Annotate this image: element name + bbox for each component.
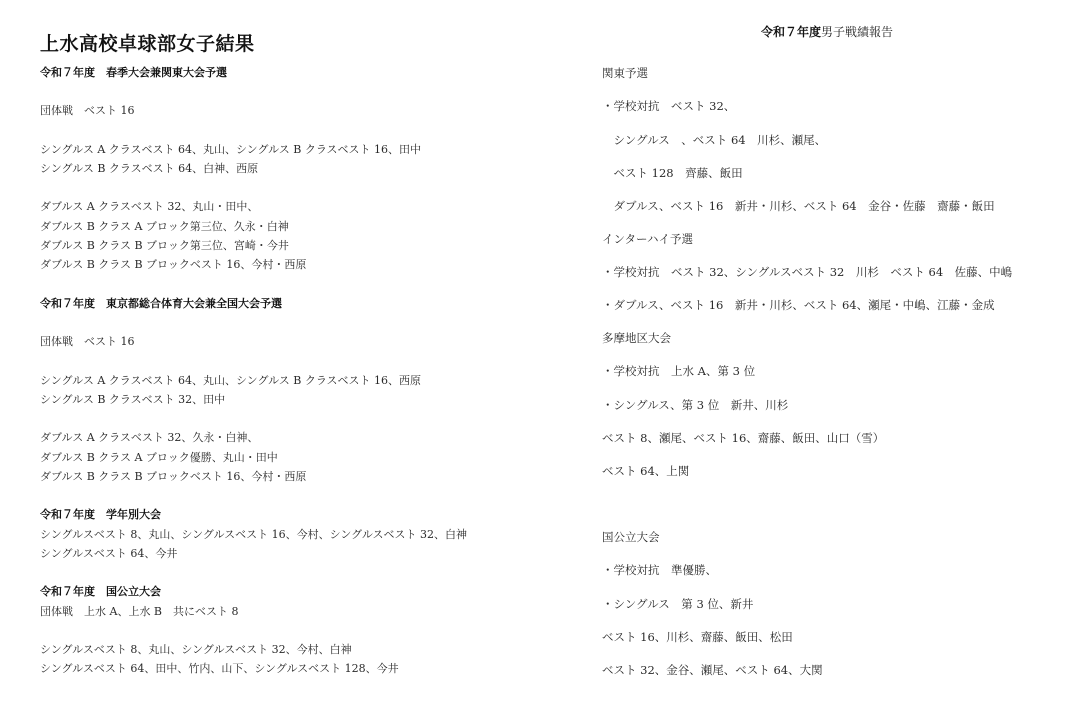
result-line: シングルス 、ベスト 64 川杉、瀬尾、	[602, 133, 826, 147]
page-title: 上水高校卓球部女子結果	[40, 32, 255, 56]
result-line: ダブルス B クラス B ブロックベスト 16、今村・西原	[40, 470, 306, 484]
result-line: ベスト 32、金谷、瀬尾、ベスト 64、大関	[602, 663, 823, 677]
section-heading: 令和７年度 東京都総合体育大会兼全国大会予選	[40, 297, 282, 311]
result-line: ダブルス A クラスベスト 32、久永・白神、	[40, 431, 258, 445]
result-line: 団体戦 上水 A、上水 B 共にベスト 8	[40, 605, 239, 619]
result-line: シングルスベスト 8、丸山、シングルスベスト 16、今村、シングルスベスト 32…	[40, 528, 467, 542]
result-line: ダブルス B クラス B ブロック第三位、宮崎・今井	[40, 239, 289, 253]
section-heading: 関東予選	[602, 66, 648, 80]
section-heading: 令和７年度 春季大会兼関東大会予選	[40, 66, 227, 80]
section-heading: 多摩地区大会	[602, 331, 671, 345]
result-line: シングルス B クラスベスト 64、白神、西原	[40, 162, 258, 176]
result-line: シングルスベスト 64、田中、竹内、山下、シングルスベスト 128、今井	[40, 662, 399, 676]
result-line: ダブルス B クラス B ブロックベスト 16、今村・西原	[40, 258, 306, 272]
result-line: 団体戦 ベスト 16	[40, 335, 135, 349]
result-line: 団体戦 ベスト 16	[40, 104, 135, 118]
section-heading: 国公立大会	[602, 530, 660, 544]
title-text: 男子戦績報告	[821, 25, 893, 39]
result-line: シングルス A クラスベスト 64、丸山、シングルス B クラスベスト 16、西…	[40, 374, 421, 388]
result-line: ・学校対抗 上水 A、第 3 位	[602, 364, 755, 378]
title-year: 令和７年度	[761, 25, 821, 39]
result-line: シングルス B クラスベスト 32、田中	[40, 393, 225, 407]
result-line: ・シングルス、第 3 位 新井、川杉	[602, 398, 788, 412]
result-line: ・学校対抗 ベスト 32、シングルスベスト 32 川杉 ベスト 64 佐藤、中嶋	[602, 265, 1012, 279]
result-line: ダブルス、ベスト 16 新井・川杉、ベスト 64 金谷・佐藤 齋藤・飯田	[602, 199, 995, 213]
result-line: シングルスベスト 64、今井	[40, 547, 177, 561]
section-heading: 令和７年度 学年別大会	[40, 508, 161, 522]
result-line: ・学校対抗 準優勝、	[602, 563, 717, 577]
section-heading: 令和７年度 国公立大会	[40, 585, 161, 599]
result-line: ベスト 64、上関	[602, 464, 689, 478]
result-line: ・学校対抗 ベスト 32、	[602, 99, 735, 113]
page-title: 令和７年度男子戦績報告	[761, 24, 893, 40]
result-line: シングルスベスト 8、丸山、シングルスベスト 32、今村、白神	[40, 643, 352, 657]
section-heading: インターハイ予選	[602, 232, 693, 246]
women-results-page: 上水高校卓球部女子結果 令和７年度 春季大会兼関東大会予選 団体戦 ベスト 16…	[0, 0, 540, 726]
result-line: ダブルス B クラス A ブロック第三位、久永・白神	[40, 220, 289, 234]
result-line: ダブルス B クラス A ブロック優勝、丸山・田中	[40, 451, 278, 465]
result-line: ベスト 8、瀬尾、ベスト 16、齋藤、飯田、山口（雪）	[602, 431, 884, 445]
result-line: ・シングルス 第 3 位、新井	[602, 597, 753, 611]
result-line: ・ダブルス、ベスト 16 新井・川杉、ベスト 64、瀬尾・中嶋、江藤・金成	[602, 298, 995, 312]
result-line: シングルス A クラスベスト 64、丸山、シングルス B クラスベスト 16、田…	[40, 143, 421, 157]
result-line: ベスト 128 齊藤、飯田	[602, 166, 743, 180]
men-results-page: 令和７年度男子戦績報告 関東予選 ・学校対抗 ベスト 32、 シングルス 、ベス…	[540, 0, 1078, 726]
result-line: ベスト 16、川杉、齋藤、飯田、松田	[602, 630, 793, 644]
result-line: ダブルス A クラスベスト 32、丸山・田中、	[40, 200, 258, 214]
